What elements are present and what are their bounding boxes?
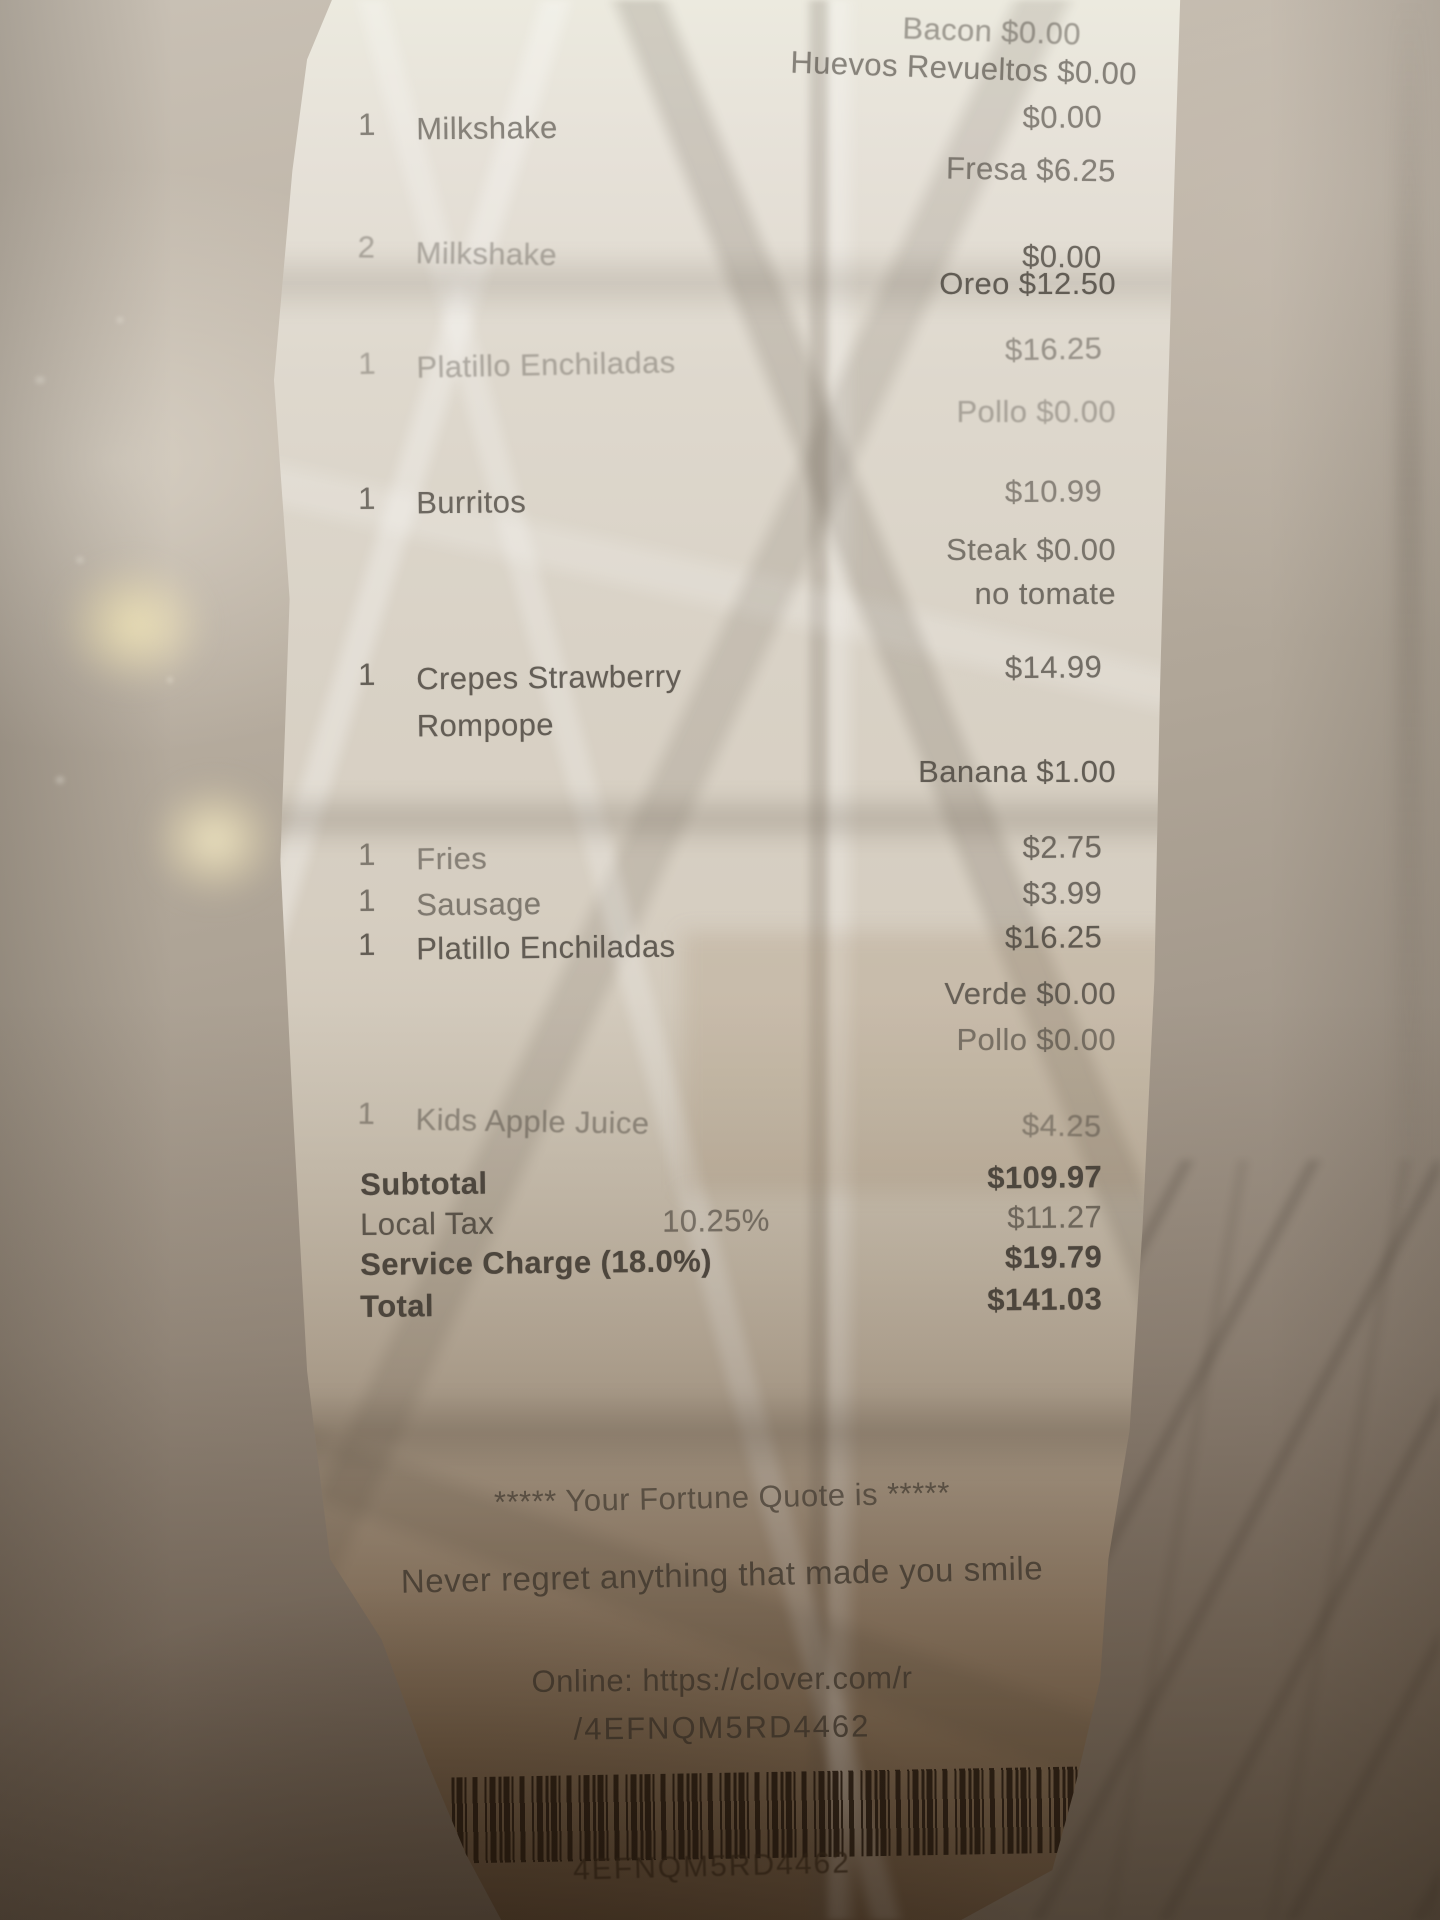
item-price: $10.99	[1005, 473, 1103, 510]
item-modifier: no tomate	[975, 576, 1116, 612]
item-price: $4.25	[1022, 1107, 1102, 1144]
subtotal-value: $109.97	[987, 1159, 1102, 1196]
item-price: $14.99	[1005, 649, 1103, 686]
receipt-paper: Bacon $0.00 Huevos Revueltos $0.00 1 Mil…	[262, 0, 1182, 1920]
item-name: Milkshake	[415, 230, 557, 278]
item-price: $16.25	[1005, 330, 1103, 368]
item-qty: 1	[358, 927, 376, 963]
tax-label: Local Tax	[360, 1206, 494, 1243]
receipt-photo: Bacon $0.00 Huevos Revueltos $0.00 1 Mil…	[0, 0, 1440, 1920]
online-receipt-url-line2: /4EFNQM5RD4462	[332, 1706, 1112, 1750]
total-label: Total	[360, 1288, 434, 1325]
tax-value: $11.27	[1007, 1199, 1102, 1236]
receipt-item-row: 1 Kids Apple Juice $4.25	[262, 1094, 1182, 1110]
item-modifier: Verde $0.00	[944, 976, 1116, 1012]
receipt-item-row: 1 Milkshake $0.00	[262, 98, 1182, 108]
item-modifier: Pollo $0.00	[956, 1022, 1116, 1058]
item-qty: 1	[358, 837, 376, 873]
item-qty: 1	[358, 346, 376, 382]
item-qty: 2	[357, 229, 375, 265]
subtotal-row: Subtotal $109.97	[262, 1158, 1182, 1168]
service-charge-value: $19.79	[1005, 1239, 1103, 1276]
item-name: Milkshake	[416, 105, 558, 153]
light-reflection	[150, 780, 280, 900]
fortune-header: ***** Your Fortune Quote is *****	[332, 1472, 1113, 1524]
receipt-item-row: 1 Burritos $10.99	[262, 472, 1182, 482]
item-modifier: Steak $0.00	[946, 532, 1116, 568]
item-price: $2.75	[1022, 829, 1102, 866]
item-name: Platillo Enchiladas	[416, 339, 676, 391]
fortune-text: Never regret anything that made you smil…	[332, 1548, 1113, 1602]
light-reflection	[58, 560, 208, 690]
item-price: $0.00	[1022, 99, 1102, 136]
receipt-line-cutoff: Bacon $0.00	[262, 0, 1181, 20]
receipt-item-row: 1 Crepes Strawberry Rompope $14.99	[262, 648, 1182, 658]
cutoff-line-text: Huevos Revueltos $0.00	[790, 44, 1138, 92]
item-name: Platillo Enchiladas	[416, 924, 676, 973]
receipt-item-row: 1 Platillo Enchiladas $16.25	[262, 329, 1182, 348]
paper-stain	[682, 932, 1182, 1192]
cutoff-line-text: Bacon $0.00	[902, 10, 1082, 52]
tax-rate: 10.25%	[662, 1203, 770, 1240]
item-name: Burritos	[416, 479, 526, 527]
item-qty: 1	[358, 107, 376, 143]
item-modifier: Banana $1.00	[918, 754, 1116, 790]
item-qty: 1	[357, 1096, 375, 1132]
receipt-item-row: 2 Milkshake $0.00	[262, 228, 1182, 241]
item-name: Kids Apple Juice	[415, 1097, 650, 1148]
item-price: $16.25	[1005, 919, 1103, 956]
marble-vein-edge	[1396, 0, 1422, 1200]
item-qty: 1	[358, 883, 376, 919]
item-name: Fries	[416, 836, 487, 883]
receipt-item-row: 1 Fries $2.75	[262, 828, 1182, 838]
subtotal-label: Subtotal	[360, 1166, 488, 1203]
item-modifier: Fresa $6.25	[946, 151, 1116, 190]
item-modifier: Oreo $12.50	[939, 266, 1116, 302]
item-modifier: Pollo $0.00	[956, 394, 1116, 430]
online-receipt-url-line1: Online: https://clover.com/r	[332, 1658, 1112, 1702]
receipt-item-row: 1 Platillo Enchiladas $16.25	[262, 918, 1182, 928]
receipt-item-row: 1 Sausage $3.99	[262, 874, 1182, 884]
item-price: $3.99	[1022, 875, 1102, 912]
item-qty: 1	[358, 657, 376, 693]
item-name: Sausage	[416, 881, 542, 929]
paper-crease	[262, 1390, 1182, 1474]
item-name: Crepes Strawberry Rompope	[416, 653, 762, 750]
service-charge-label: Service Charge (18.0%)	[360, 1243, 712, 1283]
total-value: $141.03	[987, 1281, 1102, 1318]
item-qty: 1	[358, 481, 376, 517]
